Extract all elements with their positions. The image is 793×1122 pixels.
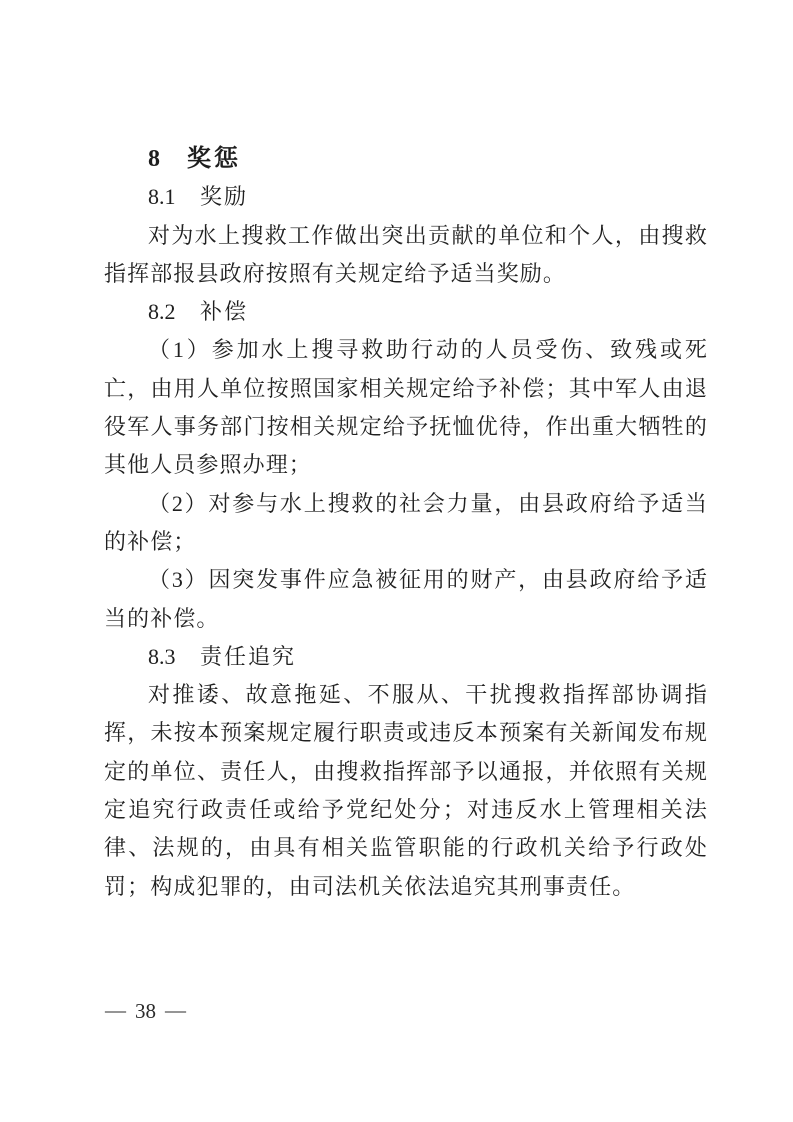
subsection-title: 奖励	[200, 184, 248, 209]
subsection-heading-accountability: 8.3 责任追究	[104, 638, 708, 676]
paragraph-compensation-item-3: （3）因突发事件应急被征用的财产，由县政府给予适当的补偿。	[104, 561, 708, 638]
footer-dash-left: —	[105, 998, 126, 1023]
section-heading-rewards-punishments: 8 奖惩	[104, 140, 708, 178]
section-title: 奖惩	[187, 145, 241, 172]
paragraph-accountability: 对推诿、故意拖延、不服从、干扰搜救指挥部协调指挥，未按本预案规定履行职责或违反本…	[104, 676, 708, 906]
section-number: 8	[148, 146, 160, 172]
subsection-title: 责任追究	[200, 644, 296, 669]
paragraph-compensation-item-2: （2）对参与水上搜救的社会力量，由县政府给予适当的补偿；	[104, 485, 708, 562]
footer-dash-right: —	[165, 998, 186, 1023]
subsection-number: 8.1	[148, 184, 176, 209]
page-footer: — 38 —	[105, 999, 186, 1024]
document-page: 8 奖惩 8.1 奖励 对为水上搜救工作做出突出贡献的单位和个人，由搜救指挥部报…	[0, 0, 793, 1122]
document-body: 8 奖惩 8.1 奖励 对为水上搜救工作做出突出贡献的单位和个人，由搜救指挥部报…	[104, 140, 708, 906]
page-number: 38	[135, 999, 156, 1024]
subsection-number: 8.3	[148, 644, 176, 669]
subsection-heading-rewards: 8.1 奖励	[104, 178, 708, 216]
subsection-title: 补偿	[200, 299, 248, 324]
subsection-heading-compensation: 8.2 补偿	[104, 293, 708, 331]
paragraph-rewards: 对为水上搜救工作做出突出贡献的单位和个人，由搜救指挥部报县政府按照有关规定给予适…	[104, 217, 708, 294]
paragraph-compensation-item-1: （1）参加水上搜寻救助行动的人员受伤、致残或死亡，由用人单位按照国家相关规定给予…	[104, 331, 708, 484]
subsection-number: 8.2	[148, 299, 176, 324]
